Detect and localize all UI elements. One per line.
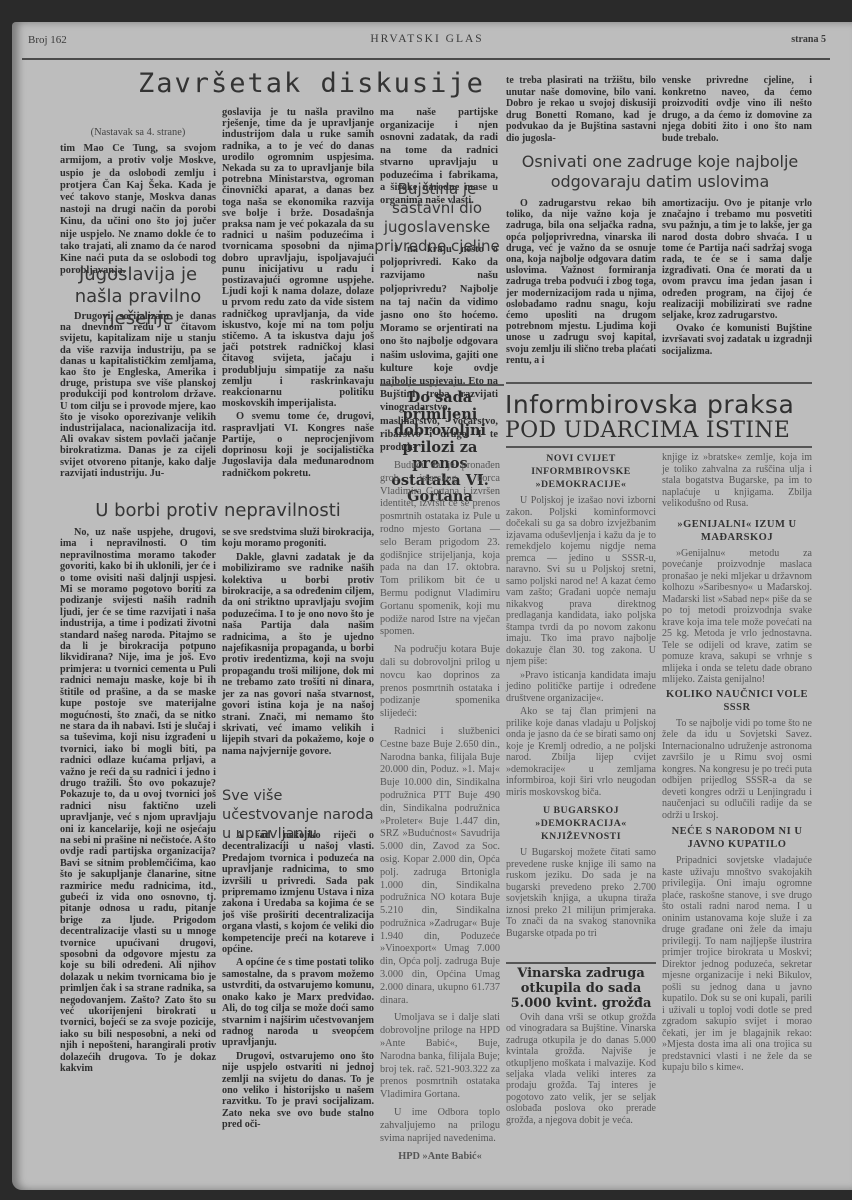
- divider: [506, 962, 656, 964]
- article-vinarska-body: Ovih dana vrši se otkup grožđa od vinogr…: [506, 1012, 656, 1128]
- paragraph: amortizaciju. Ovo je pitanje vrlo značaj…: [662, 198, 812, 321]
- column-2-top: goslavija je tu našla pravilno rješenje,…: [222, 107, 374, 481]
- column-5-mid: amortizaciju. Ovo je pitanje vrlo značaj…: [662, 198, 812, 359]
- paragraph: U ime Odbora toplo zahvaljujemo na prilo…: [380, 1107, 500, 1145]
- paragraph: te treba plasirati na tržištu, bilo unut…: [506, 75, 656, 144]
- column-2-bottom: se sve sredstvima služi birokracija, koj…: [222, 527, 374, 759]
- column-1-top: (Nastavak sa 4. strane) tim Mao Ce Tung,…: [60, 127, 216, 279]
- column-1-mid: Drugovi, socijalizam je danas na dnevnom…: [60, 311, 216, 481]
- paragraph: Ovako će komunisti Bujštine izvršavati s…: [662, 323, 812, 357]
- article-title-informbiro-line2: POD UDARCIMA ISTINE: [505, 418, 815, 444]
- column-2-end: A sad nekoliko riječi o decentralizaciji…: [222, 830, 374, 1133]
- paragraph-quote: »Pravo isticanja kandidata imaju jedino …: [506, 670, 656, 705]
- paragraph: Budući da je pronađen grob istarskog bor…: [380, 460, 500, 639]
- informbiro-column-right: knjige iz »bratske« zemlje, koja im je t…: [662, 452, 812, 1076]
- article-gortan-body: Budući da je pronađen grob istarskog bor…: [380, 460, 500, 1164]
- subheading-madarska: »GENIJALNI« IZUM U MAĐARSKOJ: [662, 518, 812, 544]
- divider: [506, 446, 812, 448]
- paragraph-contributions: Radnici i službenici Cestne baze Buje 2.…: [380, 726, 500, 1008]
- divider: [380, 384, 504, 386]
- page-header: Broj 162 HRVATSKI GLAS strana 5: [28, 28, 826, 52]
- paragraph: se sve sredstvima služi birokracija, koj…: [222, 527, 374, 550]
- article-title-vinarska: Vinarska zadruga otkupila do sada 5.000 …: [504, 966, 658, 1011]
- paragraph: Ako se taj član primjeni na prilike koje…: [506, 706, 656, 798]
- paragraph: Dakle, glavni zadatak je da mobiliziramo…: [222, 552, 374, 757]
- paragraph: knjige iz »bratske« zemlje, koja im je t…: [662, 452, 812, 510]
- page-number: strana 5: [791, 34, 826, 45]
- column-5-top: venske privredne cjeline, i konkretno na…: [662, 75, 812, 146]
- paragraph: O zadrugarstvu rekao bih toliko, da nije…: [506, 198, 656, 366]
- paragraph: Pripadnici sovjetske vladajuće kaste uži…: [662, 855, 812, 1074]
- paragraph: A općine će s time postati toliko samost…: [222, 957, 374, 1048]
- subheading-kupatilo: NEĆE S NARODOM NI U JAVNO KUPATILO: [662, 825, 812, 851]
- column-4-mid: O zadrugarstvu rekao bih toliko, da nije…: [506, 198, 656, 368]
- signature: HPD »Ante Babić«: [380, 1151, 500, 1164]
- header-rule: [22, 58, 830, 60]
- divider: [506, 382, 812, 384]
- subheading-zadruge: Osnivati one zadruge koje najbolje odgov…: [510, 152, 810, 192]
- paragraph: Umoljava se i dalje slati dobrovoljne pr…: [380, 1012, 500, 1102]
- article-title-informbiro-line1: Informbirovska praksa: [505, 391, 805, 419]
- paragraph: Drugovi, ostvarujemo ono što nije uspjel…: [222, 1051, 374, 1131]
- informbiro-column-left: NOVI CVIJET INFORMBIROVSKE »DEMOKRACIJE«…: [506, 452, 656, 941]
- article-title-main: Završetak diskusije: [138, 68, 485, 99]
- subheading-poljska: NOVI CVIJET INFORMBIROVSKE »DEMOKRACIJE«: [506, 452, 656, 491]
- paragraph: »Genijalnu« metodu za povećanje proizvod…: [662, 548, 812, 686]
- subheading-bugarska: U BUGARSKOJ »DEMOKRACIJA« KNJIŽEVNOSTI: [506, 804, 656, 843]
- paragraph: Na području kotara Buje dali su dobrovol…: [380, 644, 500, 721]
- subheading-naucnici: KOLIKO NAUČNICI VOLE SSSR: [662, 688, 812, 714]
- paragraph: No, uz naše uspjehe, drugovi, ima i nepr…: [60, 527, 216, 1075]
- paragraph: A sad nekoliko riječi o decentralizaciji…: [222, 830, 374, 955]
- paragraph: Ovih dana vrši se otkup grožđa od vinogr…: [506, 1012, 656, 1126]
- paragraph: O svemu tome će, drugovi, raspravljati V…: [222, 411, 374, 478]
- column-1-bottom: No, uz naše uspjehe, drugovi, ima i nepr…: [60, 527, 216, 1077]
- newspaper-title: HRVATSKI GLAS: [28, 33, 826, 45]
- paragraph: U Poljskoj je izašao novi izborni zakon.…: [506, 495, 656, 668]
- column-4-top: te treba plasirati na tržištu, bilo unut…: [506, 75, 656, 146]
- paragraph: To se najbolje vidi po tome što ne žele …: [662, 718, 812, 822]
- paragraph: Drugovi, socijalizam je danas na dnevnom…: [60, 311, 216, 479]
- paragraph: venske privredne cjeline, i konkretno na…: [662, 75, 812, 144]
- paragraph: U Bugarskoj možete čitati samo prevedene…: [506, 847, 656, 939]
- paragraph: tim Mao Ce Tung, sa svojom armijom, a pr…: [60, 143, 216, 277]
- subheading-borbi: U borbi protiv nepravilnosti: [60, 500, 376, 522]
- paragraph: goslavija je tu našla pravilno rješenje,…: [222, 107, 374, 409]
- continued-note: (Nastavak sa 4. strane): [60, 127, 216, 139]
